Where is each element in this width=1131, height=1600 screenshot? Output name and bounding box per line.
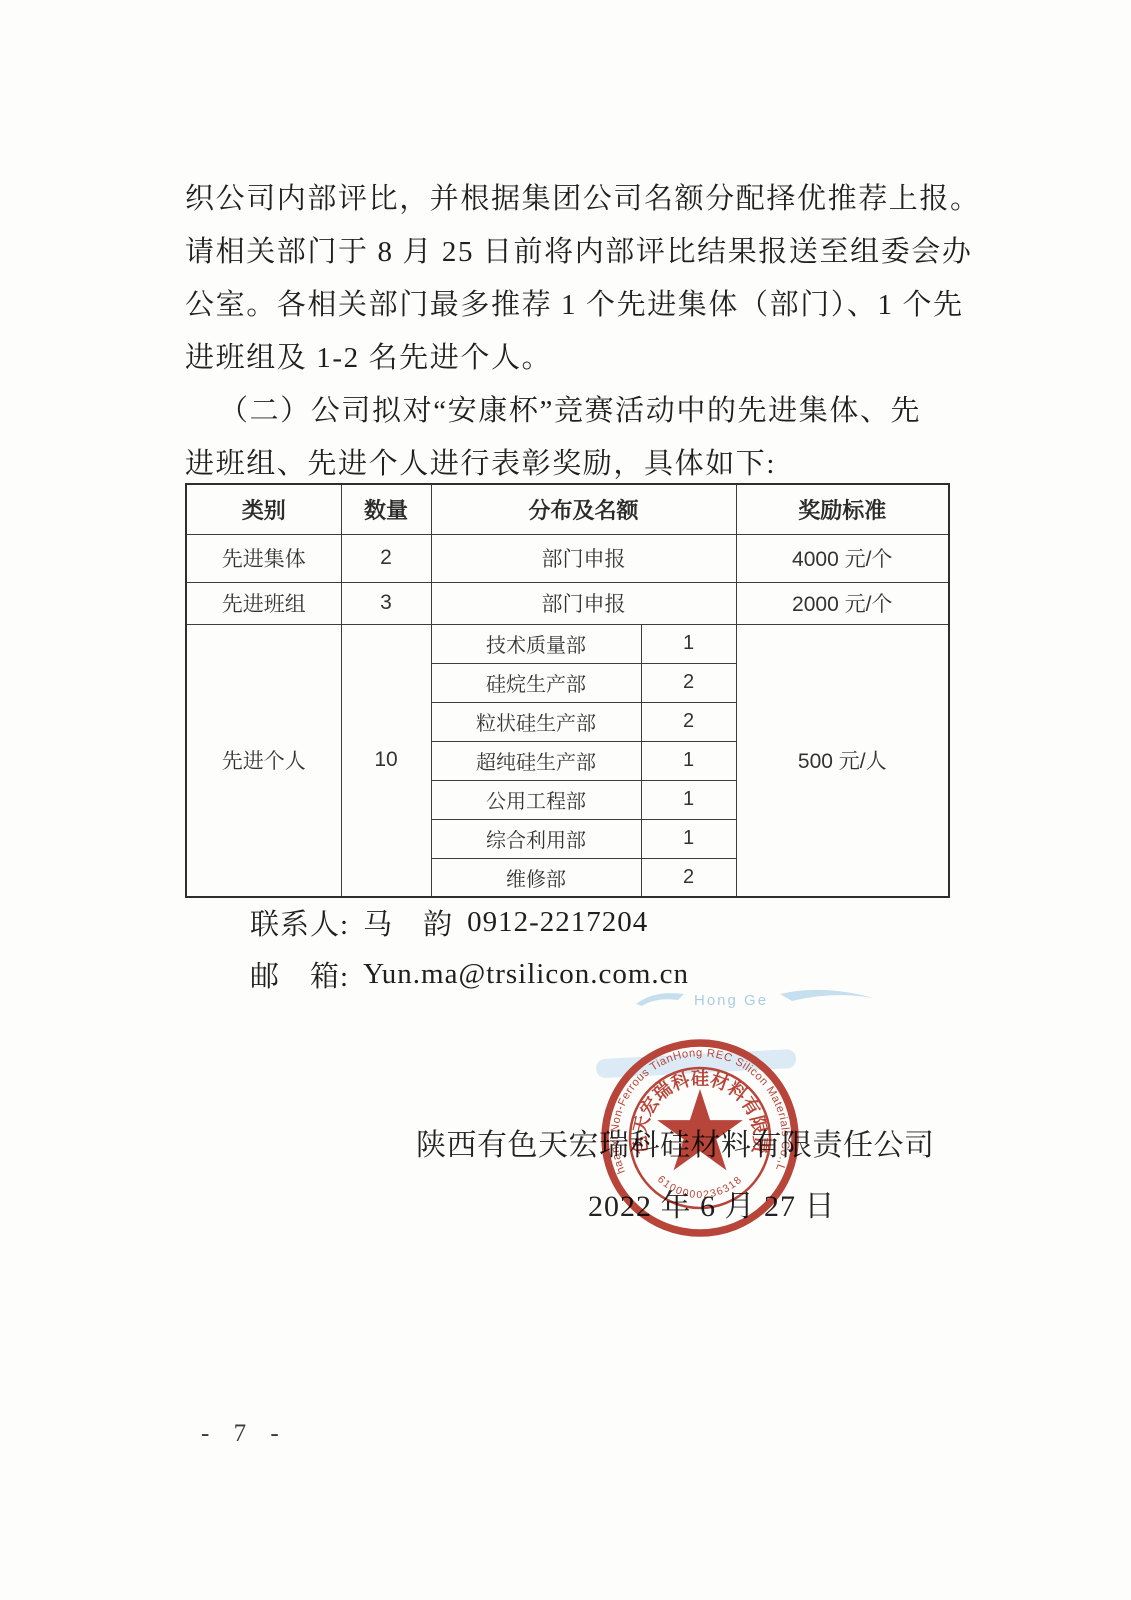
cell-quantity: 10 <box>341 624 431 897</box>
table-row: 先进个人 10 技术质量部 1 500 元/人 <box>186 624 949 663</box>
contact-phone: 0912-2217204 <box>467 906 648 939</box>
paragraph-line: 请相关部门于 8 月 25 日前将内部评比结果报送至组委会办 <box>185 223 957 276</box>
watermark-text: Hong Ge <box>694 992 768 1009</box>
cell-department-count: 1 <box>641 819 736 858</box>
contact-email-label: 邮 箱: <box>250 954 349 995</box>
header-category: 类别 <box>186 484 341 534</box>
cell-distribution: 部门申报 <box>431 534 736 582</box>
seal-star-icon <box>657 1089 743 1170</box>
contact-block: 联系人: 马 韵 0912-2217204 邮 箱: Yun.ma@trsili… <box>250 896 689 1000</box>
paragraph-line: 进班组、先进个人进行表彰奖励，具体如下: <box>185 435 957 488</box>
cell-department-count: 1 <box>641 741 736 780</box>
cell-department-count: 2 <box>641 858 736 897</box>
header-distribution: 分布及名额 <box>431 484 736 534</box>
header-reward: 奖励标准 <box>736 484 949 534</box>
table-header-row: 类别 数量 分布及名额 奖励标准 <box>186 484 949 534</box>
cell-department: 粒状硅生产部 <box>431 702 641 741</box>
cell-category: 先进个人 <box>186 624 341 897</box>
cell-category: 先进班组 <box>186 582 341 624</box>
cell-department: 综合利用部 <box>431 819 641 858</box>
paragraph-line: （二）公司拟对“安康杯”竞赛活动中的先进集体、先 <box>185 382 957 435</box>
paragraph-line: 公室。各相关部门最多推荐 1 个先进集体（部门）、1 个先 <box>185 276 957 329</box>
watermark-swoosh-left <box>636 993 684 1006</box>
table-row: 先进集体 2 部门申报 4000 元/个 <box>186 534 949 582</box>
blue-watermark: Hong Ge <box>632 984 892 1020</box>
cell-department-count: 2 <box>641 702 736 741</box>
watermark-swoosh-right <box>780 990 874 1001</box>
cell-department-count: 1 <box>641 624 736 663</box>
company-seal: Shaanxi Non-Ferrous TianHong REC Silicon… <box>590 1028 810 1248</box>
paragraph-line: 织公司内部评比，并根据集团公司名额分配择优推荐上报。 <box>185 170 957 223</box>
page-number: - 7 - <box>201 1420 288 1448</box>
cell-department: 硅烷生产部 <box>431 663 641 702</box>
table-row: 先进班组 3 部门申报 2000 元/个 <box>186 582 949 624</box>
cell-category: 先进集体 <box>186 534 341 582</box>
contact-email-line: 邮 箱: Yun.ma@trsilicon.com.cn <box>250 948 689 1000</box>
cell-department: 超纯硅生产部 <box>431 741 641 780</box>
paragraph-line: 进班组及 1-2 名先进个人。 <box>185 329 957 382</box>
cell-reward: 500 元/人 <box>736 624 949 897</box>
seal-number: 6100000236318 <box>655 1173 745 1201</box>
cell-reward: 2000 元/个 <box>736 582 949 624</box>
contact-person-line: 联系人: 马 韵 0912-2217204 <box>250 896 689 948</box>
contact-person-label: 联系人: <box>250 902 349 943</box>
header-quantity: 数量 <box>341 484 431 534</box>
cell-quantity: 3 <box>341 582 431 624</box>
cell-department: 公用工程部 <box>431 780 641 819</box>
cell-department-count: 1 <box>641 780 736 819</box>
contact-person-name: 马 韵 <box>363 902 453 943</box>
cell-reward: 4000 元/个 <box>736 534 949 582</box>
document-page: 织公司内部评比，并根据集团公司名额分配择优推荐上报。 请相关部门于 8 月 25… <box>0 0 1131 1600</box>
cell-department: 技术质量部 <box>431 624 641 663</box>
cell-quantity: 2 <box>341 534 431 582</box>
award-table: 类别 数量 分布及名额 奖励标准 先进集体 2 部门申报 4000 元/个 先进… <box>185 483 950 898</box>
body-text: 织公司内部评比，并根据集团公司名额分配择优推荐上报。 请相关部门于 8 月 25… <box>185 170 957 488</box>
cell-department: 维修部 <box>431 858 641 897</box>
cell-department-count: 2 <box>641 663 736 702</box>
cell-distribution: 部门申报 <box>431 582 736 624</box>
